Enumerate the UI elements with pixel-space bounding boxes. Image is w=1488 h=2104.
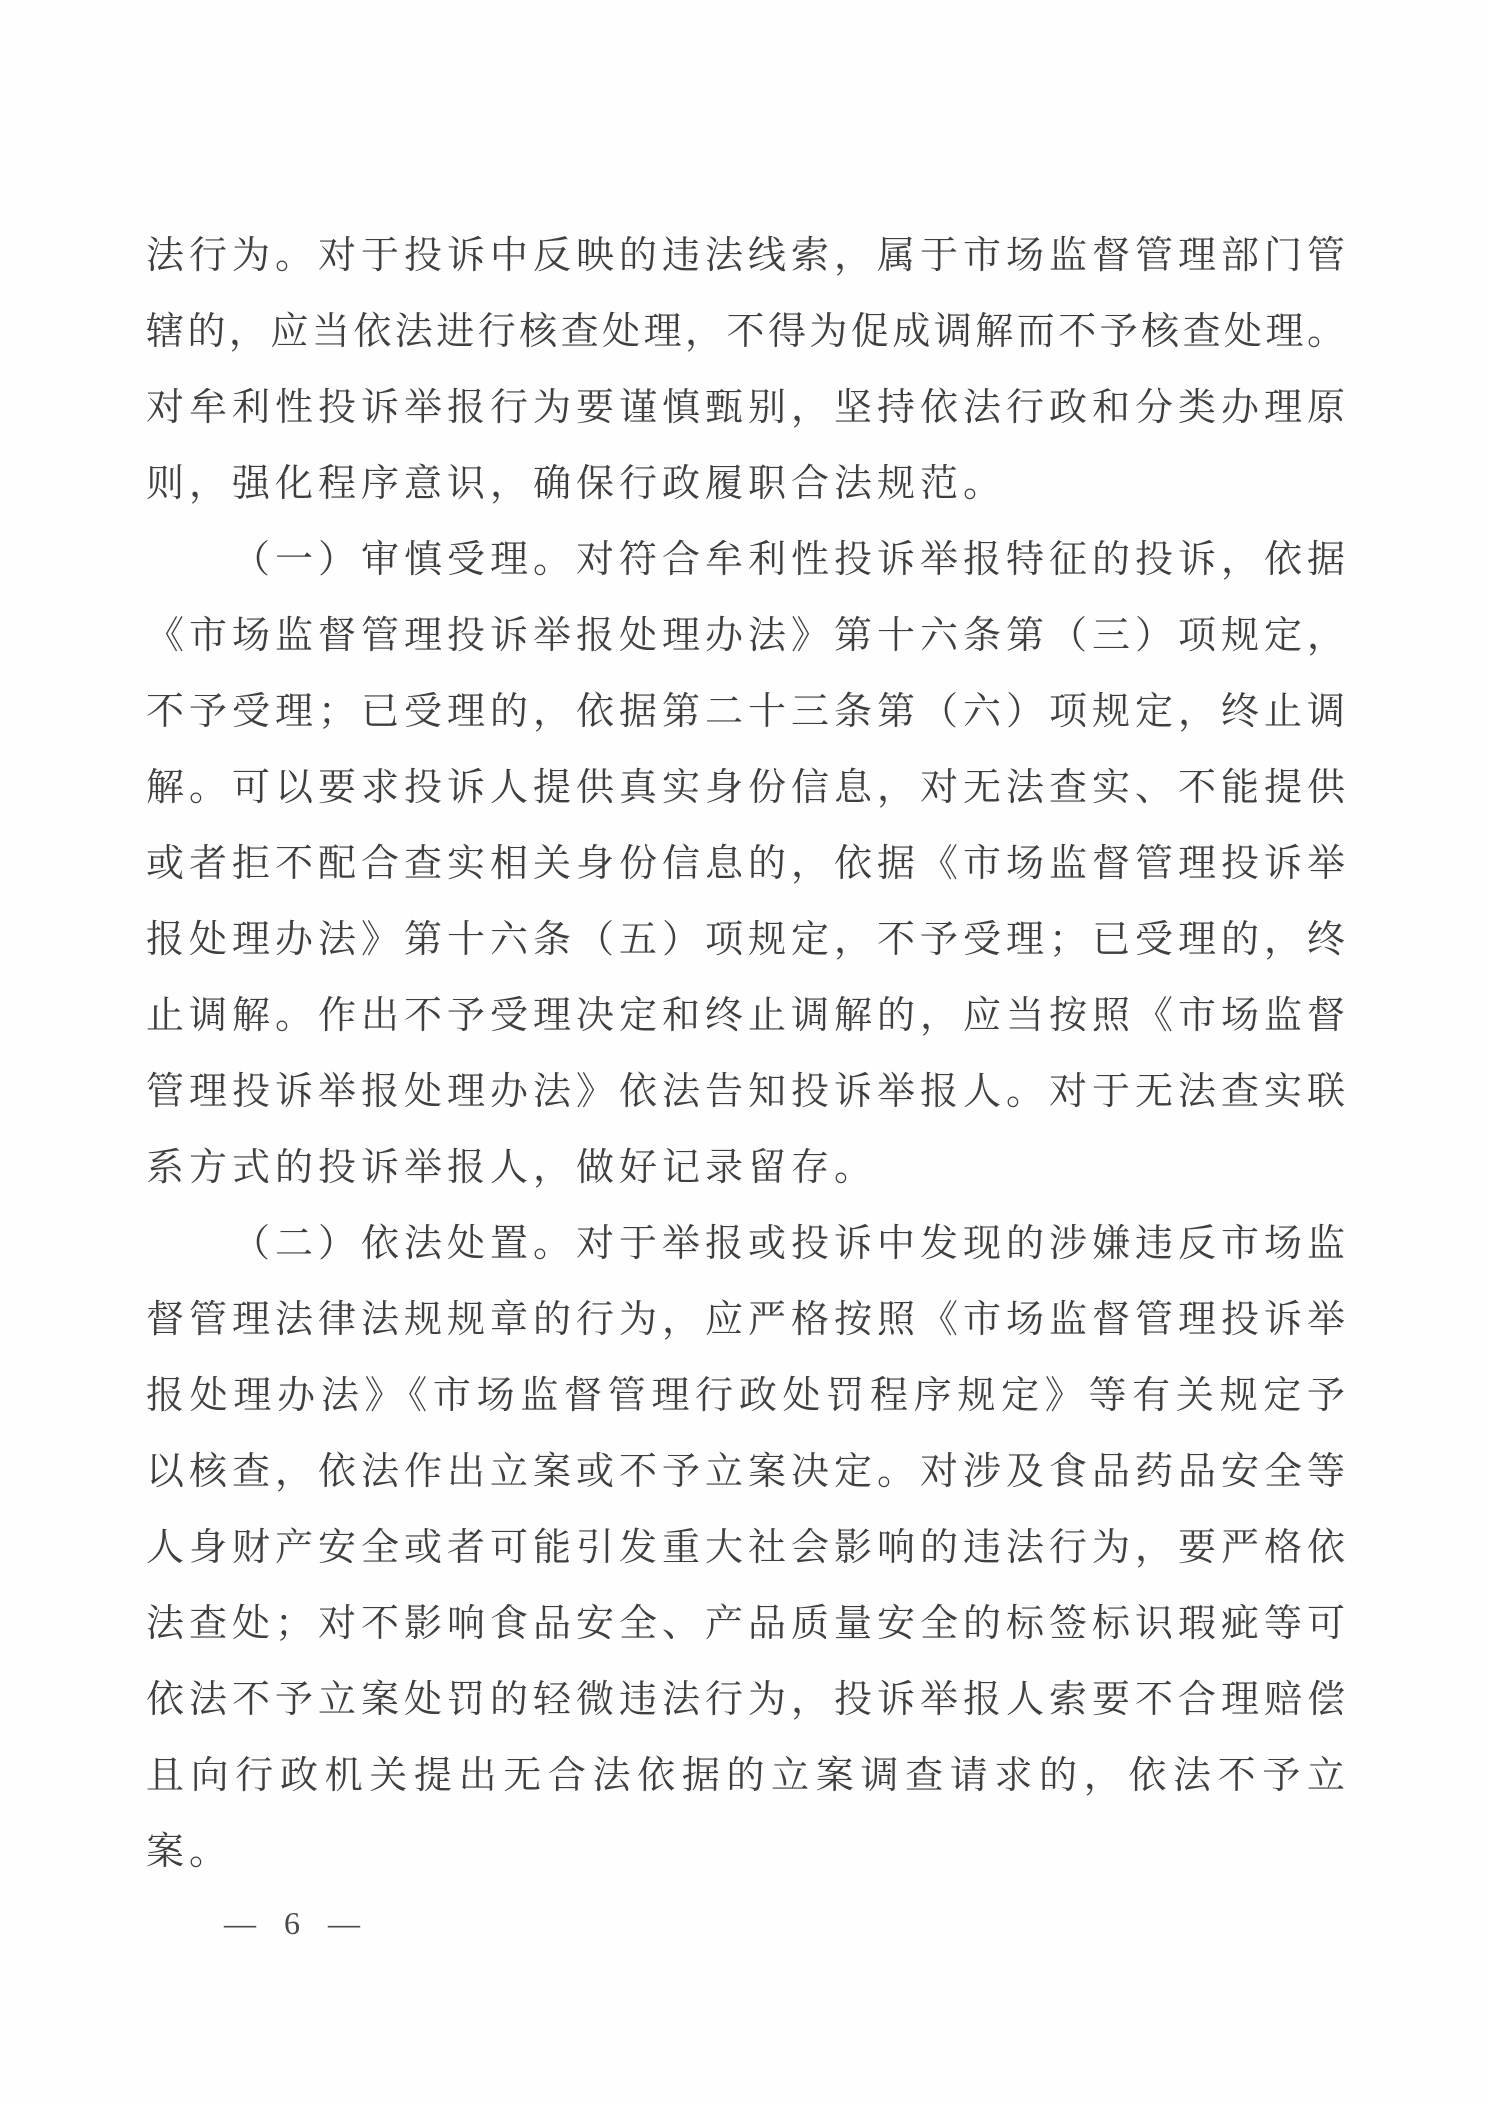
text-line: 止调解。作出不予受理决定和终止调解的，应当按照《市场监督 xyxy=(146,978,1346,1054)
text-line: （二）依法处置。对于举报或投诉中发现的涉嫌违反市场监 xyxy=(146,1206,1346,1282)
text-line: 督管理法律法规规章的行为，应严格按照《市场监督管理投诉举 xyxy=(146,1282,1346,1358)
page-number: — 6 — xyxy=(224,1905,370,1942)
text-line: （一）审慎受理。对符合牟利性投诉举报特征的投诉，依据 xyxy=(146,522,1346,598)
text-line: 解。可以要求投诉人提供真实身份信息，对无法查实、不能提供 xyxy=(146,750,1346,826)
text-line: 则，强化程序意识，确保行政履职合法规范。 xyxy=(146,446,1346,522)
text-line: 辖的，应当依法进行核查处理，不得为促成调解而不予核查处理。 xyxy=(146,294,1346,370)
text-line: 管理投诉举报处理办法》依法告知投诉举报人。对于无法查实联 xyxy=(146,1054,1346,1130)
text-line: 《市场监督管理投诉举报处理办法》第十六条第（三）项规定， xyxy=(146,598,1346,674)
text-line: 人身财产安全或者可能引发重大社会影响的违法行为，要严格依 xyxy=(146,1510,1346,1586)
text-line: 以核查，依法作出立案或不予立案决定。对涉及食品药品安全等 xyxy=(146,1434,1346,1510)
text-line: 依法不予立案处罚的轻微违法行为，投诉举报人索要不合理赔偿 xyxy=(146,1662,1346,1738)
document-body: 法行为。对于投诉中反映的违法线索，属于市场监督管理部门管 辖的，应当依法进行核查… xyxy=(146,218,1346,1890)
text-line: 或者拒不配合查实相关身份信息的，依据《市场监督管理投诉举 xyxy=(146,826,1346,902)
text-line: 不予受理；已受理的，依据第二十三条第（六）项规定，终止调 xyxy=(146,674,1346,750)
text-line: 法查处；对不影响食品安全、产品质量安全的标签标识瑕疵等可 xyxy=(146,1586,1346,1662)
text-line: 系方式的投诉举报人，做好记录留存。 xyxy=(146,1130,1346,1206)
text-line: 报处理办法》《市场监督管理行政处罚程序规定》等有关规定予 xyxy=(146,1358,1346,1434)
document-page: 法行为。对于投诉中反映的违法线索，属于市场监督管理部门管 辖的，应当依法进行核查… xyxy=(0,0,1488,2104)
text-line: 且向行政机关提出无合法依据的立案调查请求的，依法不予立 xyxy=(146,1738,1346,1814)
text-line: 报处理办法》第十六条（五）项规定，不予受理；已受理的，终 xyxy=(146,902,1346,978)
text-line: 案。 xyxy=(146,1814,1346,1890)
text-line: 对牟利性投诉举报行为要谨慎甄别，坚持依法行政和分类办理原 xyxy=(146,370,1346,446)
text-line: 法行为。对于投诉中反映的违法线索，属于市场监督管理部门管 xyxy=(146,218,1346,294)
